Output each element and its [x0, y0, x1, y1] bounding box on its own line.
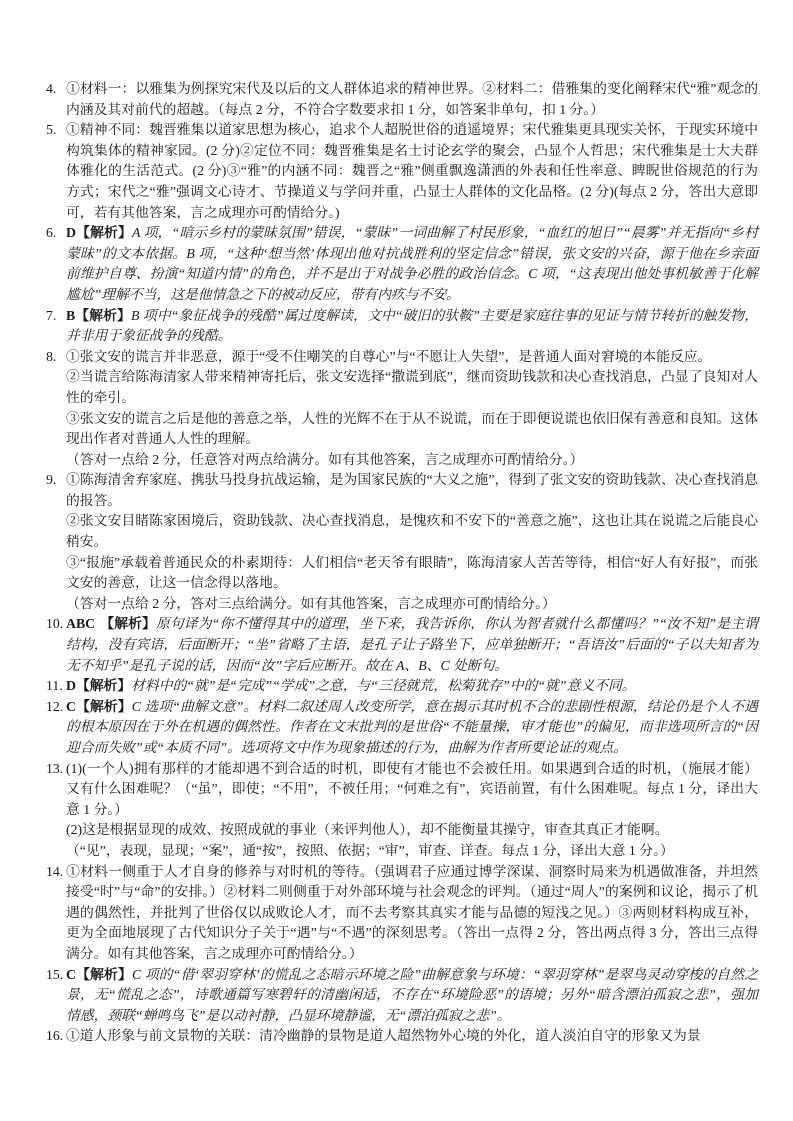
item-paragraph: 16.①道人形象与前文景物的关联：清冷幽静的景物是道人超然物外心境的外化，道人淡…: [66, 1026, 758, 1047]
item-8: 8.①张文安的谎言并非恶意，源于“受不住嘲笑的自尊心”与“不愿让人失望”，是普通…: [46, 347, 758, 471]
answer-text: （答对一点给 2 分，答对三点给满分。如有其他答案，言之成理亦可酌情给分。）: [66, 596, 556, 611]
analysis-label: 【解析】: [75, 308, 131, 323]
scoring-note: （答对一点给 2 分，答对三点给满分。如有其他答案，言之成理亦可酌情给分。）: [66, 594, 758, 615]
answer-text: ②当谎言给陈海清家人带来精神寄托后，张文安选择“撒谎到底”，继而资助钱款和决心查…: [66, 369, 758, 405]
item-paragraph: 14.①材料一侧重于人才自身的修养与对时机的等待。（强调君子应通过博学深谋、洞察…: [66, 862, 758, 965]
item-number: 10.: [46, 614, 66, 635]
item-paragraph: 8.①张文安的谎言并非恶意，源于“受不住嘲笑的自尊心”与“不愿让人失望”，是普通…: [66, 347, 758, 368]
item-11: 11.D【解析】材料中的“就”是“完成”“学成”之意，与“三径就荒，松菊犹存”中…: [46, 676, 758, 697]
scoring-note: （答对一点给 2 分，任意答对两点给满分。如有其他答案，言之成理亦可酌情给分。）: [66, 450, 758, 471]
analysis-text: B 项中“象征战争的残酷”属过度解读，文中“破旧的驮鞍”主要是家庭往事的见证与情…: [66, 308, 758, 344]
item-paragraph: 10.ABC【解析】原句译为“你不懂得其中的道理，坐下来，我告诉你，你认为智者就…: [66, 614, 758, 676]
item-number: 5.: [46, 120, 66, 141]
answer-text: ①陈海清舍弃家庭、携驮马投身抗战运输，是为国家民族的“大义之施”，得到了张文安的…: [66, 472, 758, 508]
analysis-label: 【解析】: [100, 616, 156, 631]
analysis-text: 材料中的“就”是“完成”“学成”之意，与“三径就荒，松菊犹存”中的“就”意义不同…: [131, 678, 635, 693]
item-number: 16.: [46, 1026, 66, 1047]
analysis-label: 【解析】: [76, 678, 131, 693]
item-14: 14.①材料一侧重于人才自身的修养与对时机的等待。（强调君子应通过博学深谋、洞察…: [46, 862, 758, 965]
analysis-text: C 项的“借‘翠羽穿林’的慌乱之态暗示环境之险”曲解意象与环境：“翠羽穿林”是翠…: [66, 967, 758, 1023]
answer-text: ①张文安的谎言并非恶意，源于“受不住嘲笑的自尊心”与“不愿让人失望”，是普通人面…: [66, 349, 711, 364]
analysis-label: 【解析】: [76, 225, 132, 240]
item-paragraph: ②当谎言给陈海清家人带来精神寄托后，张文安选择“撒谎到底”，继而资助钱款和决心查…: [66, 367, 758, 408]
answer-letter: C: [66, 967, 76, 982]
answer-key-document: 4.①材料一：以雅集为例探究宋代及以后的文人群体追求的精神世界。②材料二：借雅集…: [46, 79, 758, 1047]
answer-text: ③张文安的谎言之后是他的善意之举，人性的光辉不在于从不说谎，而在于即便说谎也依旧…: [66, 411, 758, 447]
item-number: 4.: [46, 79, 66, 100]
answer-text: (1)(一个人)拥有那样的才能却遇不到合适的时机，即使有才能也不会被任用。如果遇…: [66, 761, 758, 817]
item-9: 9.①陈海清舍弃家庭、携驮马投身抗战运输，是为国家民族的“大义之施”，得到了张文…: [46, 470, 758, 614]
item-paragraph: 5.①精神不同：魏晋雅集以道家思想为核心，追求个人超脱世俗的逍遥境界；宋代雅集更…: [66, 120, 758, 223]
item-paragraph: 9.①陈海清舍弃家庭、携驮马投身抗战运输，是为国家民族的“大义之施”，得到了张文…: [66, 470, 758, 511]
answer-text: ③“报施”承载着普通民众的朴素期待：人们相信“老天爷有眼睛”，陈海清家人苦苦等待…: [66, 555, 758, 591]
answer-letter: D: [66, 225, 76, 240]
item-12: 12.C【解析】C 选项“曲解文意”。材料二叙述周人改变所学，意在揭示其时机不合…: [46, 697, 758, 759]
item-paragraph: 11.D【解析】材料中的“就”是“完成”“学成”之意，与“三径就荒，松菊犹存”中…: [66, 676, 758, 697]
analysis-text: C 选项“曲解文意”。材料二叙述周人改变所学，意在揭示其时机不合的悲剧性根源，结…: [66, 699, 758, 755]
answer-text: ①道人形象与前文景物的关联：清冷幽静的景物是道人超然物外心境的外化，道人淡泊自守…: [66, 1028, 701, 1043]
item-paragraph: 6.D【解析】A 项，“暗示乡村的蒙昧氛围”错误，“蒙昧”一词曲解了村民形象，“…: [66, 223, 758, 305]
answer-text: ①材料一侧重于人才自身的修养与对时机的等待。（强调君子应通过博学深谋、洞察时局来…: [66, 864, 758, 961]
item-7: 7.B【解析】B 项中“象征战争的残酷”属过度解读，文中“破旧的驮鞍”主要是家庭…: [46, 306, 758, 347]
item-number: 14.: [46, 862, 66, 883]
item-number: 7.: [46, 306, 66, 327]
answer-text: (2)这是根据显现的成效、按照成就的事业（来评判他人），却不能衡量其操守，审查其…: [66, 822, 668, 837]
item-paragraph: (2)这是根据显现的成效、按照成就的事业（来评判他人），却不能衡量其操守，审查其…: [66, 820, 758, 841]
item-16: 16.①道人形象与前文景物的关联：清冷幽静的景物是道人超然物外心境的外化，道人淡…: [46, 1026, 758, 1047]
item-paragraph: ③“报施”承载着普通民众的朴素期待：人们相信“老天爷有眼睛”，陈海清家人苦苦等待…: [66, 553, 758, 594]
answer-text: （答对一点给 2 分，任意答对两点给满分。如有其他答案，言之成理亦可酌情给分。）: [66, 452, 583, 467]
analysis-label: 【解析】: [76, 967, 132, 982]
analysis-text: A 项，“暗示乡村的蒙昧氛围”错误，“蒙昧”一词曲解了村民形象，“血红的旭日”“…: [66, 225, 758, 302]
item-paragraph: ②张文安目睹陈家困境后，资助钱款、决心查找消息，是愧疚和不安下的“善意之施”，这…: [66, 511, 758, 552]
item-number: 11.: [46, 676, 66, 697]
item-number: 12.: [46, 697, 66, 718]
item-13: 13.(1)(一个人)拥有那样的才能却遇不到合适的时机，即使有才能也不会被任用。…: [46, 759, 758, 862]
item-paragraph: 15.C【解析】C 项的“借‘翠羽穿林’的慌乱之态暗示环境之险”曲解意象与环境：…: [66, 965, 758, 1027]
answer-text: （“见”，表现，显现；“案”，通“按”，按照、依据；“审”，审查、详查。每点 1…: [66, 843, 674, 858]
scoring-note: （“见”，表现，显现；“案”，通“按”，按照、依据；“审”，审查、详查。每点 1…: [66, 841, 758, 862]
item-number: 15.: [46, 965, 66, 986]
item-number: 6.: [46, 223, 66, 244]
item-15: 15.C【解析】C 项的“借‘翠羽穿林’的慌乱之态暗示环境之险”曲解意象与环境：…: [46, 965, 758, 1027]
item-paragraph: 13.(1)(一个人)拥有那样的才能却遇不到合适的时机，即使有才能也不会被任用。…: [66, 759, 758, 821]
item-10: 10.ABC【解析】原句译为“你不懂得其中的道理，坐下来，我告诉你，你认为智者就…: [46, 614, 758, 676]
answer-text: ②张文安目睹陈家困境后，资助钱款、决心查找消息，是愧疚和不安下的“善意之施”，这…: [66, 513, 758, 549]
item-paragraph: 7.B【解析】B 项中“象征战争的残酷”属过度解读，文中“破旧的驮鞍”主要是家庭…: [66, 306, 758, 347]
item-paragraph: ③张文安的谎言之后是他的善意之举，人性的光辉不在于从不说谎，而在于即便说谎也依旧…: [66, 409, 758, 450]
item-5: 5.①精神不同：魏晋雅集以道家思想为核心，追求个人超脱世俗的逍遥境界；宋代雅集更…: [46, 120, 758, 223]
answer-letter: D: [66, 678, 76, 693]
answer-letter: C: [66, 699, 76, 714]
answer-letter: ABC: [66, 616, 95, 631]
item-number: 13.: [46, 759, 66, 780]
item-paragraph: 12.C【解析】C 选项“曲解文意”。材料二叙述周人改变所学，意在揭示其时机不合…: [66, 697, 758, 759]
analysis-text: 原句译为“你不懂得其中的道理，坐下来，我告诉你，你认为智者就什么都懂吗？”“汝不…: [66, 616, 758, 672]
item-4: 4.①材料一：以雅集为例探究宋代及以后的文人群体追求的精神世界。②材料二：借雅集…: [46, 79, 758, 120]
item-paragraph: 4.①材料一：以雅集为例探究宋代及以后的文人群体追求的精神世界。②材料二：借雅集…: [66, 79, 758, 120]
analysis-label: 【解析】: [76, 699, 132, 714]
item-6: 6.D【解析】A 项，“暗示乡村的蒙昧氛围”错误，“蒙昧”一词曲解了村民形象，“…: [46, 223, 758, 305]
item-number: 9.: [46, 470, 66, 491]
item-number: 8.: [46, 347, 66, 368]
answer-text: ①精神不同：魏晋雅集以道家思想为核心，追求个人超脱世俗的逍遥境界；宋代雅集更具现…: [66, 122, 758, 219]
answer-text: ①材料一：以雅集为例探究宋代及以后的文人群体追求的精神世界。②材料二：借雅集的变…: [66, 81, 758, 117]
answer-letter: B: [66, 308, 75, 323]
